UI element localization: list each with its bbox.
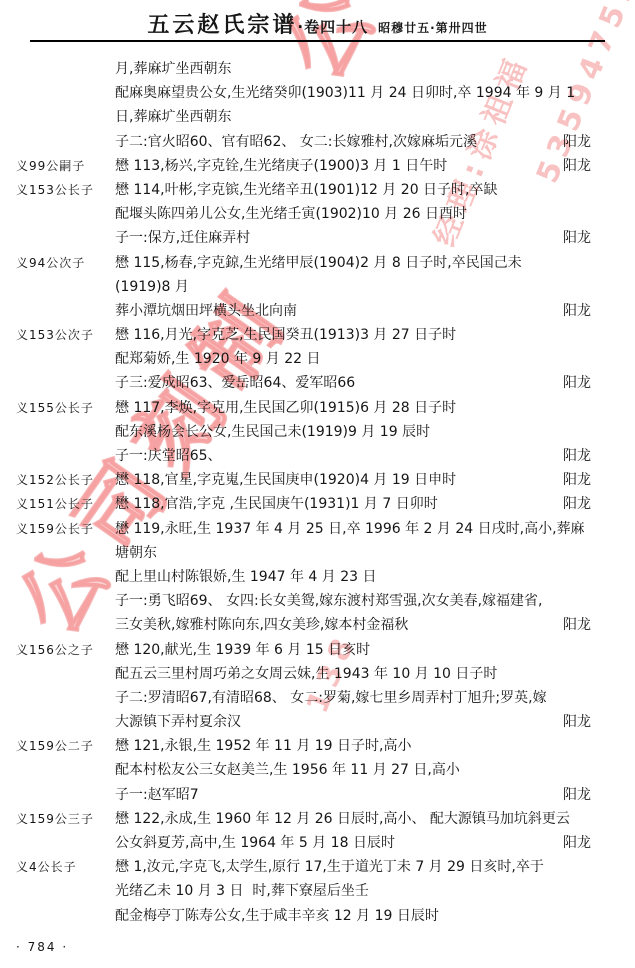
- entry-text: 懋 116,月光,字克芝,生民国癸丑(1913)3 月 27 日子时: [115, 323, 456, 347]
- genealogy-row: 塘朝东: [0, 541, 635, 565]
- genealogy-page: 公司刻制公司刻制经理:涂祖福535947599138 五云赵氏宗谱·卷四十八昭穆…: [0, 0, 635, 968]
- genealogy-row: 义159公长子 懋 119,永旺,生 1937 年 4 月 25 日,卒 199…: [0, 517, 635, 541]
- genealogy-row: 子一:赵军昭7 阳龙: [0, 783, 635, 807]
- entry-text: 月,葬麻圹坐西朝东: [115, 57, 231, 81]
- genealogy-row: 义159公二子 懋 121,永银,生 1952 年 11 月 19 日子时,高小: [0, 734, 635, 758]
- entry-text: 大源镇下弄村夏余汉: [115, 710, 241, 734]
- lineage-label: 义152公长子: [16, 468, 94, 492]
- entry-text: 懋 118,官星,字克嵬,生民国庚申(1920)4 月 19 日申时: [115, 468, 456, 492]
- entry-text: 子一:赵军昭7: [115, 783, 199, 807]
- entry-text: 配上里山村陈银娇,生 1947 年 4 月 23 日: [115, 565, 377, 589]
- genealogy-row: 义153公次子 懋 116,月光,字克芝,生民国癸丑(1913)3 月 27 日…: [0, 323, 635, 347]
- zodiac-tag: 阳龙: [563, 710, 591, 734]
- entry-text: 日,葬麻圹坐西朝东: [115, 105, 231, 129]
- entry-text: 三女美秋,嫁雅村陈向东,四女美珍,嫁本村金福秋: [115, 613, 408, 637]
- entry-text: 子二:官火昭60、官有昭62、 女二:长嫁雅村,次嫁麻垢元溪: [115, 130, 477, 154]
- genealogy-row: 义151公长子 懋 118,官浩,字克 ,生民国庚午(1931)1 月 7 日卯…: [0, 492, 635, 516]
- genealogy-row: 义99公嗣子 懋 113,杨兴,字克铨,生光绪庚子(1900)3 月 1 日午时…: [0, 154, 635, 178]
- genealogy-row: 义159公三子 懋 122,永成,生 1960 年 12 月 26 日辰时,高小…: [0, 807, 635, 831]
- page-number: · 784 ·: [16, 940, 68, 954]
- zodiac-tag: 阳龙: [563, 613, 591, 637]
- lineage-label: 义99公嗣子: [16, 154, 85, 178]
- lineage-label: 义155公长子: [16, 396, 94, 420]
- zodiac-tag: 阳龙: [563, 226, 591, 250]
- entry-text: 子二:罗清昭67,有清昭68、 女二:罗菊,嫁七里乡周弄村丁旭升;罗英,嫁: [115, 686, 547, 710]
- genealogy-row: 配上里山村陈银娇,生 1947 年 4 月 23 日: [0, 565, 635, 589]
- entry-text: 葬小潭坑烟田坪横头坐北向南: [115, 299, 297, 323]
- zodiac-tag: 阳龙: [563, 299, 591, 323]
- entry-text: 子三:爱成昭63、爱岳昭64、爱军昭66: [115, 371, 355, 395]
- page-header: 五云赵氏宗谱·卷四十八昭穆廿五·第卅四世: [0, 8, 635, 39]
- zodiac-tag: 阳龙: [563, 468, 591, 492]
- genealogy-row: 子三:爱成昭63、爱岳昭64、爱军昭66 阳龙: [0, 371, 635, 395]
- lineage-label: 义151公长子: [16, 492, 94, 516]
- genealogy-row: 义152公长子 懋 118,官星,字克嵬,生民国庚申(1920)4 月 19 日…: [0, 468, 635, 492]
- entry-text: 配郑菊娇,生 1920 年 9 月 22 日: [115, 347, 321, 371]
- genealogy-row: 义4公长子 懋 1,汝元,字克飞,太学生,原行 17,生于道光丁未 7 月 29…: [0, 855, 635, 879]
- genealogy-row: 配郑菊娇,生 1920 年 9 月 22 日: [0, 347, 635, 371]
- entry-text: 懋 118,官浩,字克 ,生民国庚午(1931)1 月 7 日卯时: [115, 492, 438, 516]
- entry-text: 懋 117,李焕,字克用,生民国乙卯(1915)6 月 28 日子时: [115, 396, 456, 420]
- entry-text: 子一:庆堂昭65、: [115, 444, 222, 468]
- genealogy-row: 子一:庆堂昭65、 阳龙: [0, 444, 635, 468]
- zodiac-tag: 阳龙: [563, 154, 591, 178]
- zodiac-tag: 阳龙: [563, 492, 591, 516]
- genealogy-row: (1919)8 月: [0, 275, 635, 299]
- entry-text: 懋 121,永银,生 1952 年 11 月 19 日子时,高小: [115, 734, 411, 758]
- genealogy-row: 子二:官火昭60、官有昭62、 女二:长嫁雅村,次嫁麻垢元溪 阳龙: [0, 130, 635, 154]
- genealogy-row: 义153公长子 懋 114,叶彬,字克镔,生光绪辛丑(1901)12 月 20 …: [0, 178, 635, 202]
- lineage-label: 义156公之子: [16, 638, 94, 662]
- zodiac-tag: 阳龙: [563, 783, 591, 807]
- entry-text: 懋 115,杨春,字克鍄,生光绪甲辰(1904)2 月 8 日子时,卒民国己未: [115, 251, 522, 275]
- book-title: 五云赵氏宗谱: [147, 13, 297, 38]
- entry-text: 塘朝东: [115, 541, 157, 565]
- genealogy-row: 义156公之子 懋 120,献光,生 1939 年 6 月 15 日亥时: [0, 638, 635, 662]
- genealogy-row: 公女斜夏芳,高中,生 1964 年 5 月 18 日辰时 阳龙: [0, 831, 635, 855]
- header-divider: [30, 40, 605, 42]
- genealogy-row: 配金梅亭丁陈寿公女,生于咸丰辛亥 12 月 19 日辰时: [0, 904, 635, 928]
- entry-text: 配本村松友公三女赵美兰,生 1956 年 11 月 27 日,高小: [115, 758, 460, 782]
- lineage-label: 义159公二子: [16, 734, 94, 758]
- volume-label: ·卷四十八: [297, 18, 368, 36]
- entry-text: 懋 1,汝元,字克飞,太学生,原行 17,生于道光丁未 7 月 29 日亥时,卒…: [115, 855, 544, 879]
- zodiac-tag: 阳龙: [563, 831, 591, 855]
- genealogy-row: 配堰头陈四弟儿公女,生光绪壬寅(1902)10 月 26 日酉时: [0, 202, 635, 226]
- genealogy-row: 子一:勇飞昭69、 女四:长女美鸳,嫁东渡村郑雪强,次女美春,嫁福建省,: [0, 589, 635, 613]
- genealogy-row: 配麻奥麻望贵公女,生光绪癸卯(1903)11 月 24 日卯时,卒 1994 年…: [0, 81, 635, 105]
- lineage-label: 义153公长子: [16, 178, 94, 202]
- lineage-label: 义159公三子: [16, 807, 94, 831]
- genealogy-row: 配本村松友公三女赵美兰,生 1956 年 11 月 27 日,高小: [0, 758, 635, 782]
- genealogy-row: 三女美秋,嫁雅村陈向东,四女美珍,嫁本村金福秋 阳龙: [0, 613, 635, 637]
- lineage-label: 义4公长子: [16, 855, 77, 879]
- zodiac-tag: 阳龙: [563, 371, 591, 395]
- entry-text: 配东溪杨会长公女,生民国己未(1919)9 月 19 辰时: [115, 420, 430, 444]
- genealogy-row: 义94公次子 懋 115,杨春,字克鍄,生光绪甲辰(1904)2 月 8 日子时…: [0, 251, 635, 275]
- genealogy-row: 子一:保方,迁住麻弄村 阳龙: [0, 226, 635, 250]
- entry-text: 懋 122,永成,生 1960 年 12 月 26 日辰时,高小、 配大源镇马加…: [115, 807, 570, 831]
- entry-text: 配五云三里村周巧弟之女周云妹,生 1943 年 10 月 10 日子时: [115, 662, 497, 686]
- entry-text: 懋 114,叶彬,字克镔,生光绪辛丑(1901)12 月 20 日子时,卒缺: [115, 178, 498, 202]
- entry-text: 懋 119,永旺,生 1937 年 4 月 25 日,卒 1996 年 2 月 …: [115, 517, 585, 541]
- entry-text: 懋 113,杨兴,字克铨,生光绪庚子(1900)3 月 1 日午时: [115, 154, 447, 178]
- genealogy-row: 大源镇下弄村夏余汉 阳龙: [0, 710, 635, 734]
- genealogy-row: 日,葬麻圹坐西朝东: [0, 105, 635, 129]
- entry-text: 光绪乙未 10 月 3 日 时,葬下寮屋后坐壬: [115, 879, 369, 903]
- entry-text: 公女斜夏芳,高中,生 1964 年 5 月 18 日辰时: [115, 831, 395, 855]
- entry-text: 配金梅亭丁陈寿公女,生于咸丰辛亥 12 月 19 日辰时: [115, 904, 439, 928]
- genealogy-row: 配东溪杨会长公女,生民国己未(1919)9 月 19 辰时: [0, 420, 635, 444]
- genealogy-rows: 月,葬麻圹坐西朝东 配麻奥麻望贵公女,生光绪癸卯(1903)11 月 24 日卯…: [0, 57, 635, 928]
- genealogy-row: 葬小潭坑烟田坪横头坐北向南 阳龙: [0, 299, 635, 323]
- entry-text: 子一:保方,迁住麻弄村: [115, 226, 250, 250]
- entry-text: 懋 120,献光,生 1939 年 6 月 15 日亥时: [115, 638, 370, 662]
- entry-text: (1919)8 月: [115, 275, 189, 299]
- genealogy-row: 义155公长子 懋 117,李焕,字克用,生民国乙卯(1915)6 月 28 日…: [0, 396, 635, 420]
- lineage-label: 义153公次子: [16, 323, 94, 347]
- lineage-label: 义159公长子: [16, 517, 94, 541]
- genealogy-row: 月,葬麻圹坐西朝东: [0, 57, 635, 81]
- genealogy-row: 光绪乙未 10 月 3 日 时,葬下寮屋后坐壬: [0, 879, 635, 903]
- lineage-label: 义94公次子: [16, 251, 85, 275]
- genealogy-row: 子二:罗清昭67,有清昭68、 女二:罗菊,嫁七里乡周弄村丁旭升;罗英,嫁: [0, 686, 635, 710]
- entry-text: 配堰头陈四弟儿公女,生光绪壬寅(1902)10 月 26 日酉时: [115, 202, 467, 226]
- generation-subtitle: 昭穆廿五·第卅四世: [378, 21, 488, 35]
- genealogy-row: 配五云三里村周巧弟之女周云妹,生 1943 年 10 月 10 日子时: [0, 662, 635, 686]
- entry-text: 子一:勇飞昭69、 女四:长女美鸳,嫁东渡村郑雪强,次女美春,嫁福建省,: [115, 589, 543, 613]
- zodiac-tag: 阳龙: [563, 444, 591, 468]
- entry-text: 配麻奥麻望贵公女,生光绪癸卯(1903)11 月 24 日卯时,卒 1994 年…: [115, 81, 575, 105]
- zodiac-tag: 阳龙: [563, 130, 591, 154]
